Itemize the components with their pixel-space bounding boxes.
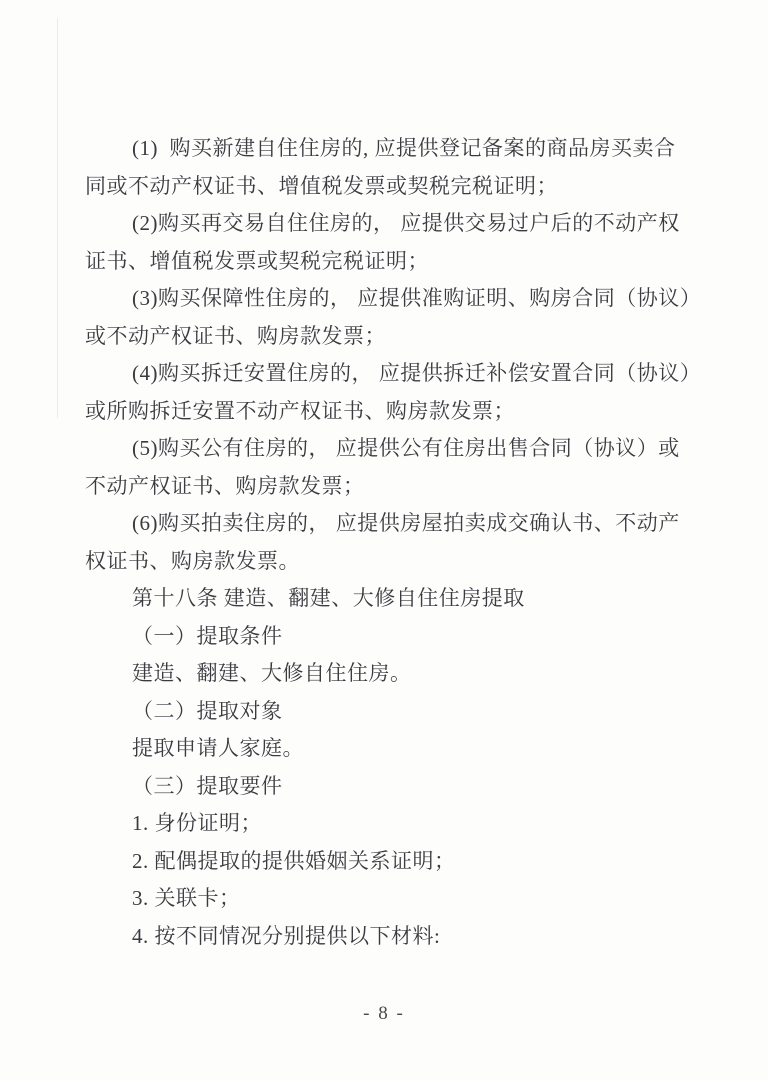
- document-page: (1) 购买新建自住住房的, 应提供登记备案的商品房买卖合 同或不动产权证书、增…: [0, 0, 768, 1080]
- list-item: 2. 配偶提取的提供婚姻关系证明；: [85, 843, 713, 881]
- scan-artifact-line: [57, 18, 58, 418]
- document-line: 提取申请人家庭。: [85, 730, 713, 768]
- document-line: (2)购买再交易自住住房的， 应提供交易过户后的不动产权: [85, 205, 713, 243]
- section-heading: （一）提取条件: [85, 618, 713, 656]
- document-line: 或所购拆迁安置不动产权证书、购房款发票；: [85, 393, 713, 431]
- section-heading: （三）提取要件: [85, 768, 713, 806]
- list-item: 1. 身份证明；: [85, 805, 713, 843]
- list-item: 4. 按不同情况分别提供以下材料:: [85, 918, 713, 956]
- article-heading: 第十八条 建造、翻建、大修自住住房提取: [85, 580, 713, 618]
- list-item: 3. 关联卡；: [85, 880, 713, 918]
- document-line: 或不动产权证书、购房款发票；: [85, 318, 713, 356]
- document-line: (6)购买拍卖住房的， 应提供房屋拍卖成交确认书、不动产: [85, 505, 713, 543]
- document-line: (3)购买保障性住房的， 应提供准购证明、购房合同（协议）: [85, 280, 713, 318]
- document-line: 同或不动产权证书、增值税发票或契税完税证明；: [85, 168, 713, 206]
- document-line: (4)购买拆迁安置住房的， 应提供拆迁补偿安置合同（协议）: [85, 355, 713, 393]
- document-line: 建造、翻建、大修自住住房。: [85, 655, 713, 693]
- document-line: (1) 购买新建自住住房的, 应提供登记备案的商品房买卖合: [85, 130, 713, 168]
- document-line: 不动产权证书、购房款发票；: [85, 468, 713, 506]
- document-line: (5)购买公有住房的， 应提供公有住房出售合同（协议）或: [85, 430, 713, 468]
- page-number: - 8 -: [0, 1003, 768, 1025]
- document-line: 权证书、购房款发票。: [85, 543, 713, 581]
- document-line: 证书、增值税发票或契税完税证明；: [85, 243, 713, 281]
- section-heading: （二）提取对象: [85, 693, 713, 731]
- document-text-block: (1) 购买新建自住住房的, 应提供登记备案的商品房买卖合 同或不动产权证书、增…: [85, 130, 713, 955]
